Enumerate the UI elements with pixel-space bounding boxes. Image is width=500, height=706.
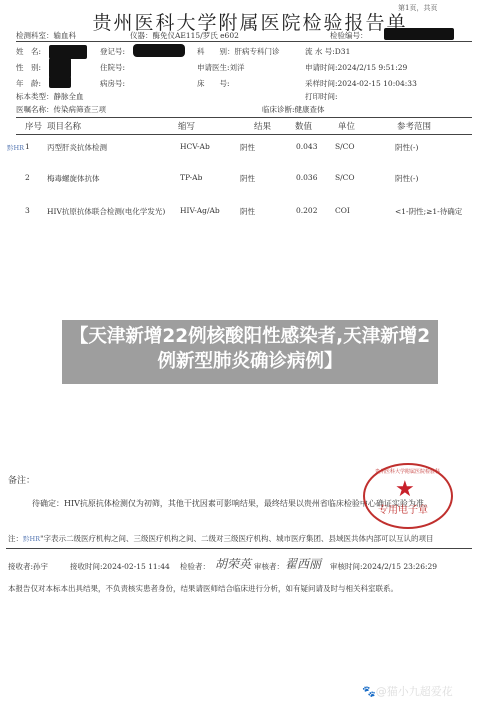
doctor-label: 申请医生:刘洋 [197, 62, 245, 73]
row-value: 0.043 [296, 142, 317, 151]
sex-label: 性 别: [16, 62, 41, 73]
row-unit: S/CO [335, 142, 355, 151]
instrument-label: 仪器：酶免仪AE115/罗氏 e602 [130, 30, 239, 41]
row-unit: S/CO [335, 173, 355, 182]
col-name: 项目名称 [47, 120, 81, 132]
reviewer-signature: 翟西丽 [285, 555, 321, 572]
review-time: 审核时间:2024/2/15 23:26:29 [330, 561, 437, 572]
col-unit: 单位 [338, 120, 355, 132]
registration-label: 登记号: [100, 46, 125, 57]
row-no: 3 [25, 206, 30, 215]
name-label: 姓 名: [16, 46, 41, 57]
tester-signature: 胡荣英 [215, 555, 251, 572]
row-name: 梅毒螺旋体抗体 [47, 173, 100, 184]
sample-time-label: 采样时间:2024-02-15 10:04:33 [305, 78, 417, 89]
bed-label: 床 号: [197, 78, 230, 89]
specimen-label: 标本类型：静脉全血 [16, 91, 84, 102]
row-name: HIV抗原抗体联合检测(电化学发光) [47, 206, 165, 217]
request-time-label: 申请时间:2024/2/15 9:51:29 [305, 62, 407, 73]
row-abbr: HIV-Ag/Ab [180, 206, 220, 215]
department-label: 科 别：肝病专科门诊 [197, 46, 280, 57]
mutual-recognition-mark: 黔HR [7, 143, 24, 152]
diagnosis-label: 临床诊断:健康查体 [262, 104, 325, 115]
row-result: 阴性 [240, 206, 255, 217]
redacted-sex [49, 58, 71, 78]
disclaimer: 本报告仅对本标本出具结果，不负责核实患者身份，结果请医师结合临床进行分析，如有疑… [8, 583, 398, 594]
receive-time: 接收时间:2024-02-15 11:44 [70, 561, 170, 572]
row-no: 2 [25, 173, 30, 182]
serial-label: 流 水 号:D31 [305, 46, 350, 57]
footnote-text: "字表示二级医疗机构之间、三级医疗机构之间、二级对三级医疗机构、城市医疗集团、县… [40, 534, 433, 543]
age-label: 年 龄: [16, 78, 41, 89]
col-abbr: 缩写 [178, 120, 195, 132]
redacted-registration [133, 44, 185, 57]
redacted-report-no [384, 28, 454, 40]
receiver: 接收者:孙宇 [8, 561, 48, 572]
row-result: 阴性 [240, 173, 255, 184]
table-top-rule [16, 117, 472, 118]
footnote-prefix: 注： [8, 534, 23, 543]
order-label: 医嘱名称：传染病筛查三项 [16, 104, 106, 115]
headline-banner: 【天津新增22例核酸阳性感染者,天津新增2例新型肺炎确诊病例】 [62, 320, 438, 384]
row-reference: 阴性(-) [395, 173, 418, 184]
row-reference: <1-阴性;≥1-待确定 [395, 206, 462, 217]
row-reference: 阴性(-) [395, 142, 418, 153]
row-abbr: TP-Ab [180, 173, 202, 182]
mutual-recognition-mark: 黔HR [23, 535, 40, 543]
watermark: 🐾@猫小九超爱花 [362, 683, 453, 699]
col-value: 数值 [295, 120, 312, 132]
row-abbr: HCV-Ab [180, 142, 210, 151]
row-name: 丙型肝炎抗体检测 [47, 142, 107, 153]
header-divider [16, 41, 472, 42]
footer-divider [6, 548, 472, 549]
ward-label: 病房号: [100, 78, 125, 89]
official-seal: 贵州医科大学附属医院检验科 ★ 专用电子章 [363, 463, 453, 529]
footnote: 注：黔HR"字表示二级医疗机构之间、三级医疗机构之间、二级对三级医疗机构、城市医… [8, 533, 434, 544]
inpatient-label: 住院号: [100, 62, 125, 73]
row-unit: COI [335, 206, 350, 215]
headline-text: 【天津新增22例核酸阳性感染者,天津新增2例新型肺炎确诊病例】 [62, 324, 438, 374]
row-no: 1 [25, 142, 30, 151]
table-header-rule [16, 134, 472, 135]
seal-center-text: 专用电子章 [378, 501, 428, 516]
lab-label: 检测科室：输血科 [16, 30, 76, 41]
notes-label: 备注： [8, 473, 35, 486]
row-result: 阴性 [240, 142, 255, 153]
seal-arc-text: 贵州医科大学附属医院检验科 [375, 468, 440, 475]
redacted-age [49, 76, 71, 88]
print-time-label: 打印时间: [305, 91, 338, 102]
row-value: 0.036 [296, 173, 317, 182]
col-reference: 参考范围 [397, 120, 431, 132]
redacted-name [49, 45, 87, 59]
report-no-label: 检验编号： [330, 30, 368, 41]
tester-label: 检验者： [180, 561, 210, 572]
col-result: 结果 [254, 120, 271, 132]
row-value: 0.202 [296, 206, 317, 215]
reviewer-label: 审核者： [254, 561, 284, 572]
star-icon: ★ [395, 477, 415, 502]
col-no: 序号 [25, 120, 42, 132]
